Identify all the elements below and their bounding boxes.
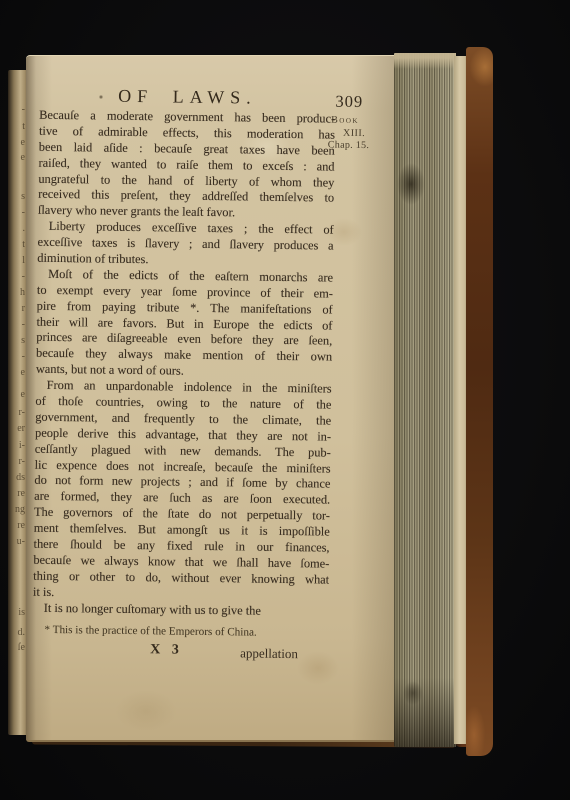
running-title: OF LAWS.: [39, 85, 335, 110]
book-page: OF LAWS. 309 Book XIII. Chap. 15. Becauſ…: [26, 55, 396, 742]
catchword: appellation: [240, 645, 298, 662]
text-line: It is no longer cuſtomary with us to giv…: [33, 600, 329, 620]
leather-cover: [466, 47, 493, 756]
page-text: Becauſe a moderate government has been p…: [33, 108, 336, 620]
ink-smudge: [403, 681, 423, 705]
footnote: * This is the practice of the Emperors o…: [44, 624, 330, 640]
page-content: OF LAWS. 309 Book XIII. Chap. 15. Becauſ…: [17, 54, 396, 743]
signature-mark: X 3: [150, 642, 183, 658]
ink-smudge: [397, 163, 425, 205]
page-number: 309: [335, 92, 363, 112]
page-fore-edge: [394, 53, 456, 747]
photo-background: -tees-.tl-hr-s-eer-eri-r-dsrengreu-isd.ſ…: [0, 0, 570, 800]
